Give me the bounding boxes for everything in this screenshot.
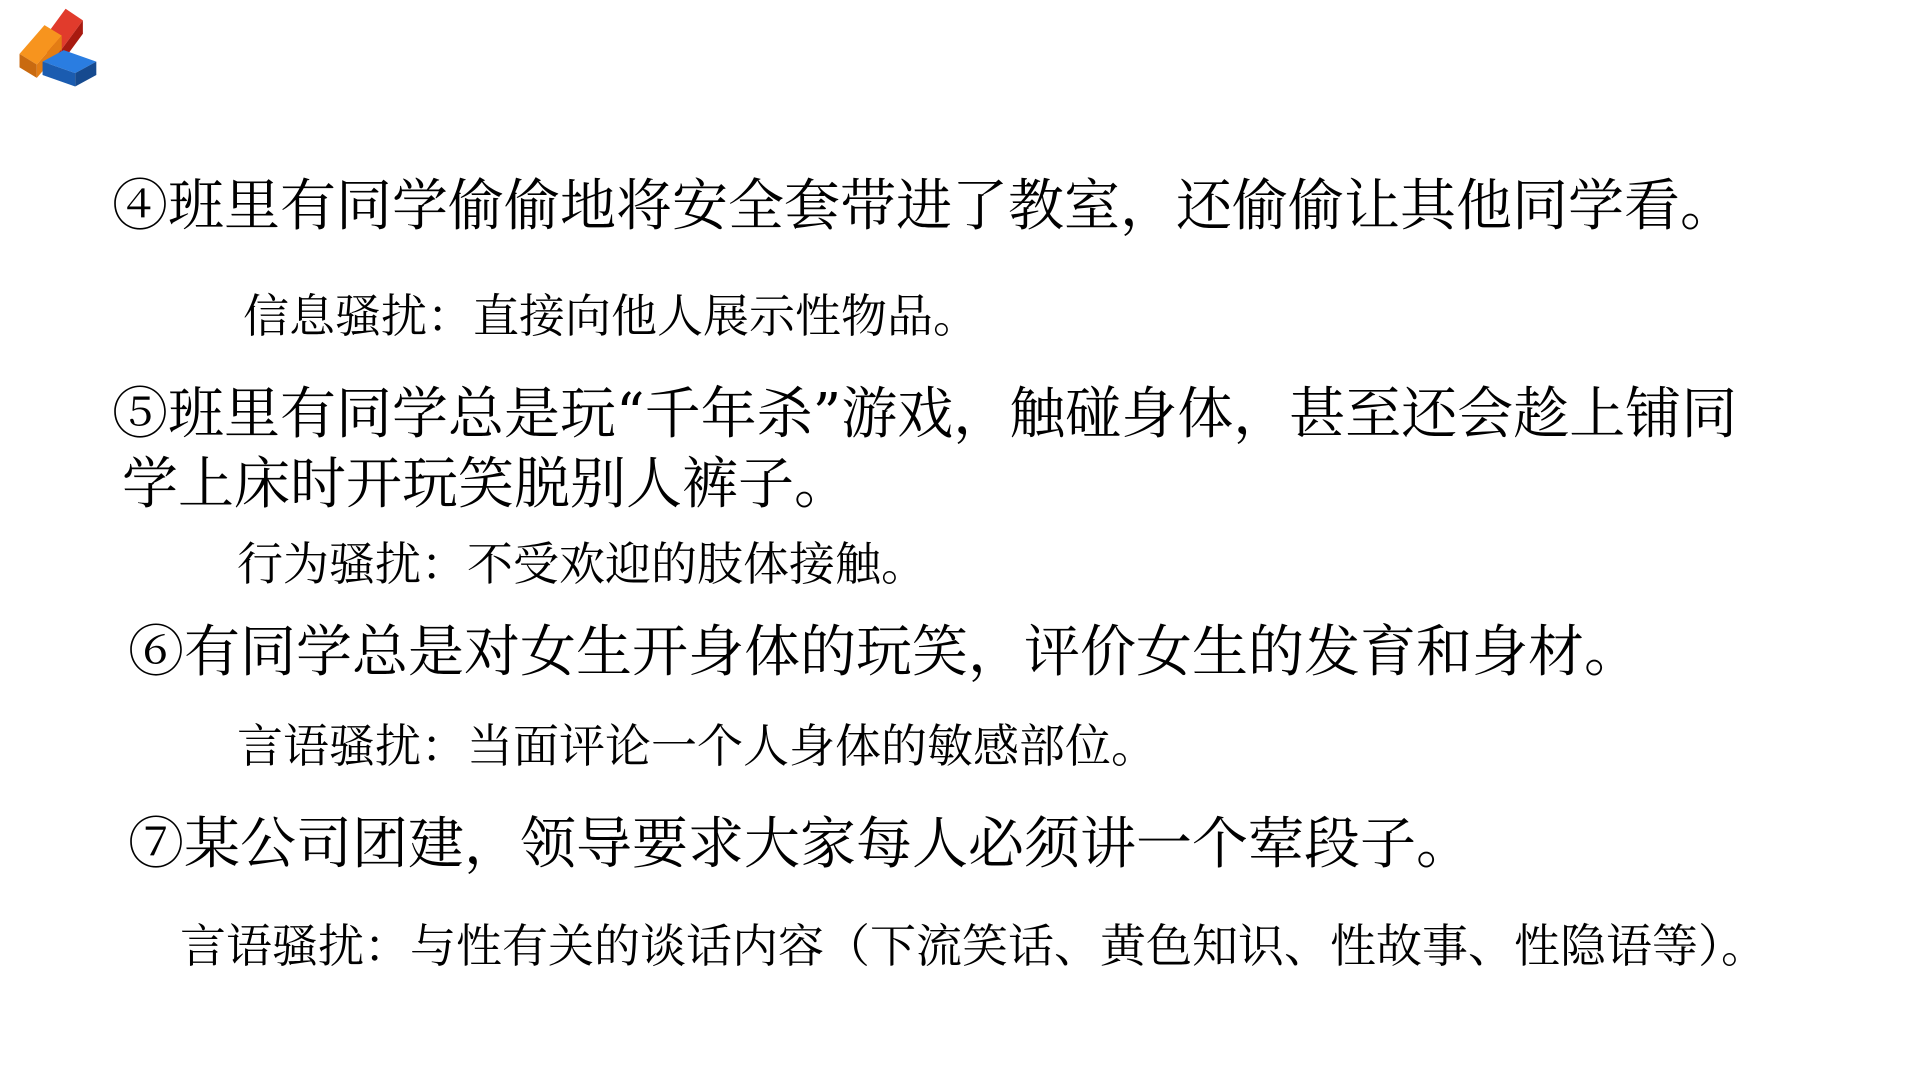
definition-7-text: 言语骚扰：与性有关的谈话内容（下流笑话、黄色知识、性故事、性隐语等）。 bbox=[180, 918, 1767, 974]
three-blocks-logo-icon bbox=[8, 4, 104, 100]
slide-canvas: ④班里有同学偷偷地将安全套带进了教室，还偷偷让其他同学看。 信息骚扰：直接向他人… bbox=[0, 0, 1920, 1080]
case-7-text: ⑦某公司团建，领导要求大家每人必须讲一个荤段子。 bbox=[128, 810, 1472, 880]
definition-6-text: 言语骚扰：当面评论一个人身体的敏感部位。 bbox=[237, 718, 1157, 774]
case-5-text-line-1: ⑤班里有同学总是玩“千年杀”游戏，触碰身体，甚至还会趁上铺同 bbox=[112, 380, 1737, 450]
case-4-text: ④班里有同学偷偷地将安全套带进了教室，还偷偷让其他同学看。 bbox=[112, 172, 1736, 242]
definition-5-text: 行为骚扰：不受欢迎的肢体接触。 bbox=[237, 536, 927, 592]
case-6-text: ⑥有同学总是对女生开身体的玩笑，评价女生的发育和身材。 bbox=[128, 618, 1640, 688]
definition-4-text: 信息骚扰：直接向他人展示性物品。 bbox=[243, 288, 979, 344]
case-5-text-line-2: 学上床时开玩笑脱别人裤子。 bbox=[122, 450, 850, 520]
